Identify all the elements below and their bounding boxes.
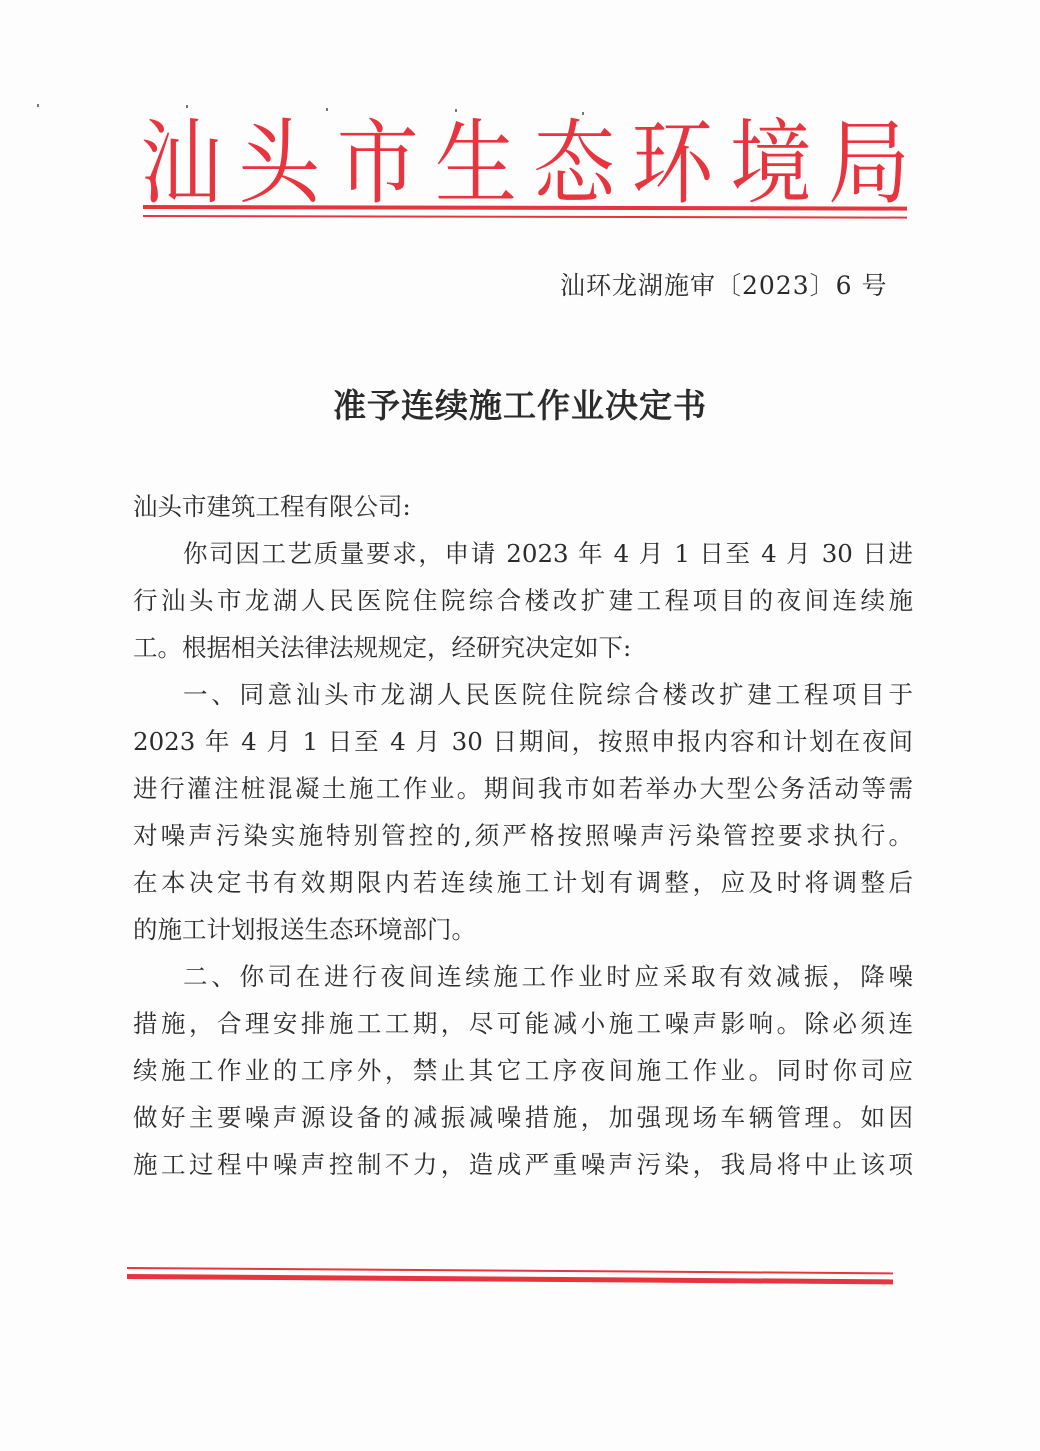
paragraph-line: 对噪声污染实施特别管控的,须严格按照噪声污染管控要求执行。 [133, 812, 913, 859]
agency-masthead: 汕 头 市 生 态 环 境 局 [140, 108, 910, 204]
paragraph-line: 的施工计划报送生态环境部门。 [133, 906, 913, 953]
paragraph-line: 一、同意汕头市龙湖人民医院住院综合楼改扩建工程项目于 [133, 671, 913, 718]
document-page: 汕 头 市 生 态 环 境 局 汕环龙湖施审〔2023〕6 号 准予连续施工作业… [0, 0, 1040, 1451]
paragraph-line: 行汕头市龙湖人民医院住院综合楼改扩建工程项目的夜间连续施 [133, 577, 913, 624]
addressee: 汕头市建筑工程有限公司: [133, 483, 913, 530]
masthead-char: 生 [435, 90, 517, 221]
masthead-char: 局 [828, 90, 910, 221]
paragraph-line: 施工过程中噪声控制不力，造成严重噪声污染，我局将中止该项 [133, 1141, 913, 1188]
paragraph-line: 在本决定书有效期限内若连续施工计划有调整，应及时将调整后 [133, 859, 913, 906]
masthead-char: 市 [337, 90, 419, 221]
masthead-char: 汕 [140, 90, 222, 221]
masthead-char: 头 [238, 90, 320, 221]
paragraph-line: 措施，合理安排施工工期，尽可能减小施工噪声影响。除必须连 [133, 1000, 913, 1047]
footer-thick-rule [127, 1274, 893, 1284]
paragraph-line: 续施工作业的工序外，禁止其它工序夜间施工作业。同时你司应 [133, 1047, 913, 1094]
paragraph-line: 进行灌注桩混凝土施工作业。期间我市如若举办大型公务活动等需 [133, 765, 913, 812]
footer-thin-rule [127, 1267, 893, 1274]
document-number: 汕环龙湖施审〔2023〕6 号 [560, 266, 887, 302]
masthead-char: 境 [730, 90, 812, 221]
paragraph-line: 二、你司在进行夜间连续施工作业时应采取有效减振，降噪 [133, 953, 913, 1000]
paragraph-line: 工。根据相关法律法规规定，经研究决定如下: [133, 624, 913, 671]
scan-speck [37, 104, 39, 107]
document-title: 准予连续施工作业决定书 [0, 380, 1040, 427]
document-body: 汕头市建筑工程有限公司: 你司因工艺质量要求，申请 2023 年 4 月 1 日… [133, 483, 913, 1188]
masthead-char: 环 [631, 90, 713, 221]
paragraph-line: 你司因工艺质量要求，申请 2023 年 4 月 1 日至 4 月 30 日进 [133, 530, 913, 577]
paragraph-line: 2023 年 4 月 1 日至 4 月 30 日期间，按照申报内容和计划在夜间 [133, 718, 913, 765]
paragraph-line: 做好主要噪声源设备的减振减噪措施，加强现场车辆管理。如因 [133, 1094, 913, 1141]
masthead-char: 态 [533, 90, 615, 221]
